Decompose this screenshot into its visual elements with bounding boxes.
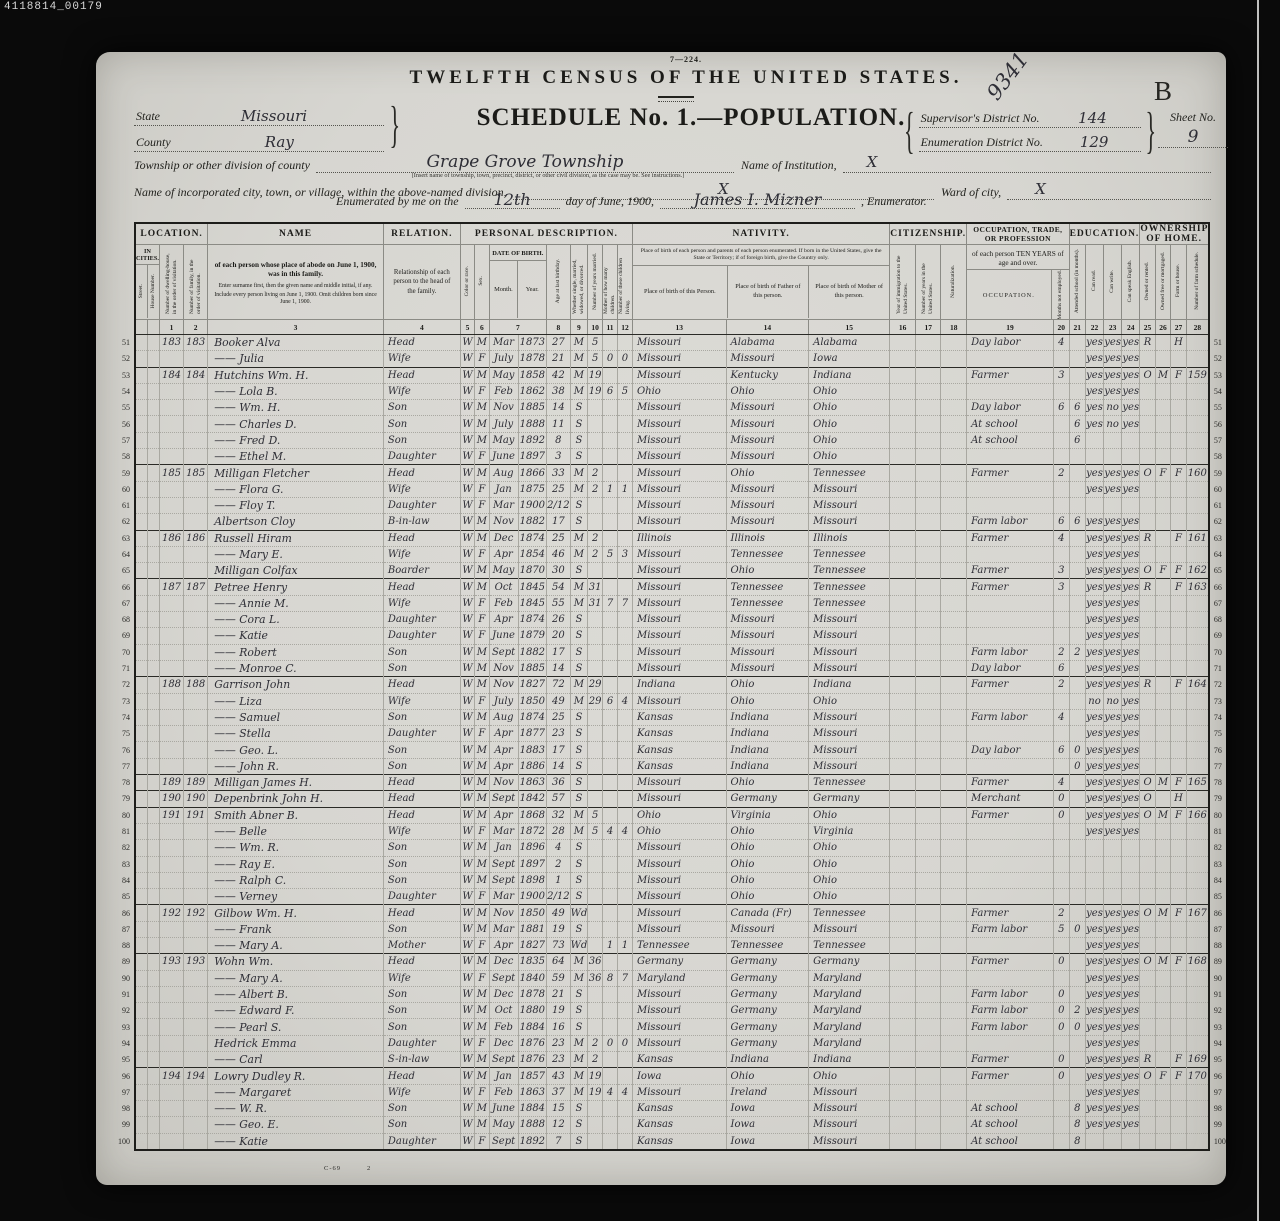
cell-ms: S: [570, 742, 588, 758]
cell-c: W: [460, 823, 474, 839]
cell-sc: [1069, 497, 1085, 513]
cell-wr: [1104, 432, 1122, 448]
cell-pf: Missouri: [726, 644, 809, 660]
cell-oc: [967, 889, 1054, 905]
cell-yi: [890, 677, 916, 693]
cell-mu: 4: [1053, 775, 1069, 791]
cell-fn: [1186, 758, 1209, 774]
cell-rl: Son: [383, 1003, 460, 1019]
cell-rd: yes: [1085, 970, 1103, 986]
cell-mu: 4: [1053, 709, 1069, 725]
cell-st: [135, 823, 147, 839]
cell-mu: 2: [1053, 905, 1069, 921]
cell-yu: [915, 1117, 941, 1133]
cell-sc: [1069, 335, 1085, 351]
table-row: 53184184Hutchins Wm. H.HeadWMMay185842M1…: [118, 367, 1226, 383]
cell-pb: Kansas: [632, 1100, 726, 1116]
cell-dw: [159, 726, 183, 742]
cell-pb: Missouri: [632, 595, 726, 611]
cell-om: [1155, 823, 1170, 839]
cell-ym: 2: [588, 1052, 603, 1068]
cell-mo: Dec: [489, 530, 518, 546]
cell-fh: F: [1171, 905, 1186, 921]
cell-c: W: [460, 758, 474, 774]
institution-label: Name of Institution,: [741, 158, 837, 173]
cell-mu: 6: [1053, 514, 1069, 530]
cell-fm: [184, 1133, 208, 1150]
cell-c: W: [460, 840, 474, 856]
cell-mu: 3: [1053, 563, 1069, 579]
cell-pf: Iowa: [726, 1100, 809, 1116]
cell-fn: [1186, 595, 1209, 611]
cell-oc: Farm labor: [967, 644, 1054, 660]
line-number-left: 89: [118, 954, 135, 970]
cell-mu: [1053, 497, 1069, 513]
cell-pf: Iowa: [726, 1133, 809, 1150]
line-number-right: 52: [1209, 351, 1226, 367]
cell-s: F: [475, 889, 489, 905]
cell-na: [941, 367, 967, 383]
cell-s: F: [475, 1035, 489, 1051]
cell-pf: Ohio: [726, 775, 809, 791]
cell-dw: [159, 628, 183, 644]
cell-nm: —— Katie: [208, 628, 384, 644]
line-number-right: 67: [1209, 595, 1226, 611]
cell-rl: Head: [383, 905, 460, 921]
cell-yr: 1827: [518, 677, 547, 693]
cell-oc: [967, 628, 1054, 644]
line-number-left: 65: [118, 563, 135, 579]
line-number-right: 71: [1209, 660, 1226, 676]
cell-cl: [618, 1068, 633, 1084]
cell-fh: [1171, 449, 1186, 465]
cell-yi: [890, 335, 916, 351]
cell-st: [135, 1019, 147, 1035]
cell-fn: [1186, 889, 1209, 905]
cell-pb: Missouri: [632, 367, 726, 383]
cell-mc: 4: [603, 823, 618, 839]
cell-ym: [588, 1133, 603, 1150]
cell-pf: Missouri: [726, 449, 809, 465]
cell-mo: Nov: [489, 775, 518, 791]
cell-mc: 4: [603, 1084, 618, 1100]
cell-ym: 31: [588, 595, 603, 611]
cell-rd: yes: [1085, 481, 1103, 497]
cell-sc: [1069, 1084, 1085, 1100]
cell-cl: [618, 856, 633, 872]
cell-ym: 29: [588, 693, 603, 709]
line-number-left: 81: [118, 823, 135, 839]
cell-pm: Missouri: [809, 644, 890, 660]
cell-dw: [159, 351, 183, 367]
cell-mu: [1053, 628, 1069, 644]
cell-na: [941, 872, 967, 888]
cell-en: [1122, 840, 1140, 856]
cell-pm: Tennessee: [809, 563, 890, 579]
cell-en: yes: [1122, 563, 1140, 579]
line-number-right: 68: [1209, 612, 1226, 628]
cell-pb: Missouri: [632, 693, 726, 709]
cell-oc: Farmer: [967, 1068, 1054, 1084]
cell-oc: At school: [967, 416, 1054, 432]
cell-en: yes: [1122, 595, 1140, 611]
cell-yi: [890, 628, 916, 644]
cell-rd: yes: [1085, 986, 1103, 1002]
cell-pm: Ohio: [809, 416, 890, 432]
cell-s: M: [475, 579, 489, 595]
cell-pb: Kansas: [632, 726, 726, 742]
cell-c: W: [460, 367, 474, 383]
col-naturalization: Naturalization.: [941, 245, 967, 320]
cell-fm: [184, 449, 208, 465]
cell-pf: Missouri: [726, 628, 809, 644]
cell-st: [135, 889, 147, 905]
col-header-in-cities: IN CITIES. Street. House Number.: [135, 245, 159, 320]
cell-pb: Missouri: [632, 840, 726, 856]
cell-pb: Kansas: [632, 742, 726, 758]
cell-sc: 2: [1069, 644, 1085, 660]
line-number-left: 79: [118, 791, 135, 807]
cell-mu: [1053, 889, 1069, 905]
cell-mo: Nov: [489, 660, 518, 676]
cell-ms: S: [570, 432, 588, 448]
line-number-left: 71: [118, 660, 135, 676]
cell-st: [135, 367, 147, 383]
cell-c: W: [460, 709, 474, 725]
cell-pm: Ohio: [809, 383, 890, 399]
cell-mu: [1053, 351, 1069, 367]
cell-fm: [184, 1084, 208, 1100]
cell-fh: [1171, 726, 1186, 742]
cell-mc: [603, 840, 618, 856]
cell-cl: [618, 432, 633, 448]
cell-ag: 14: [547, 400, 570, 416]
cell-na: [941, 823, 967, 839]
cell-pf: Indiana: [726, 758, 809, 774]
cell-dw: [159, 1035, 183, 1051]
cell-wr: [1104, 872, 1122, 888]
cell-fn: [1186, 1100, 1209, 1116]
cell-sc: [1069, 1035, 1085, 1051]
cell-mo: Nov: [489, 514, 518, 530]
cell-yi: [890, 758, 916, 774]
cell-pm: Maryland: [809, 1003, 890, 1019]
cell-ow: [1140, 514, 1155, 530]
cell-oc: [967, 726, 1054, 742]
cell-pm: Ohio: [809, 1068, 890, 1084]
cell-fh: [1171, 383, 1186, 399]
cell-en: yes: [1122, 514, 1140, 530]
cell-yr: 1845: [518, 579, 547, 595]
cell-fh: [1171, 937, 1186, 953]
cell-mo: Sept: [489, 856, 518, 872]
cell-yu: [915, 563, 941, 579]
cell-wr: yes: [1104, 1035, 1122, 1051]
cell-wr: yes: [1104, 612, 1122, 628]
cell-yr: 1881: [518, 921, 547, 937]
col-mother-of: Mother of how many children.: [603, 245, 618, 320]
cell-na: [941, 791, 967, 807]
cell-fn: [1186, 791, 1209, 807]
col-house-number: House Number.: [148, 274, 159, 309]
cell-sc: 0: [1069, 1019, 1085, 1035]
cell-ho: [147, 840, 159, 856]
table-row: 54—— Lola B.WifeWFFeb186238M1965OhioOhio…: [118, 383, 1226, 399]
cell-st: [135, 383, 147, 399]
cell-en: yes: [1122, 335, 1140, 351]
cell-na: [941, 693, 967, 709]
table-row: 94Hedrick EmmaDaughterWFDec187623M200Mis…: [118, 1035, 1226, 1051]
line-number-left: 60: [118, 481, 135, 497]
cell-pm: Maryland: [809, 1035, 890, 1051]
cell-yu: [915, 400, 941, 416]
cell-na: [941, 921, 967, 937]
cell-na: [941, 775, 967, 791]
cell-yr: 1878: [518, 986, 547, 1002]
line-number-left: 93: [118, 1019, 135, 1035]
cell-mu: 0: [1053, 791, 1069, 807]
cell-ow: [1140, 709, 1155, 725]
cell-mu: [1053, 1117, 1069, 1133]
cell-mc: [603, 530, 618, 546]
table-row: 90—— Mary A.WifeWFSept184059M3687Marylan…: [118, 970, 1226, 986]
cell-ym: [588, 872, 603, 888]
cell-cl: [618, 905, 633, 921]
enumerator-name: James I. Mizner: [660, 192, 855, 209]
cell-rl: Son: [383, 986, 460, 1002]
cell-ho: [147, 791, 159, 807]
cell-fh: [1171, 612, 1186, 628]
cell-nm: —— Belle: [208, 823, 384, 839]
cell-yi: [890, 432, 916, 448]
cell-wr: yes: [1104, 579, 1122, 595]
cell-fh: [1171, 1117, 1186, 1133]
cell-pb: Missouri: [632, 644, 726, 660]
cell-rl: Head: [383, 367, 460, 383]
cell-fh: H: [1171, 791, 1186, 807]
cell-ym: 5: [588, 351, 603, 367]
cell-sc: [1069, 628, 1085, 644]
cell-ag: 4: [547, 840, 570, 856]
cell-om: M: [1155, 775, 1170, 791]
cell-sc: [1069, 579, 1085, 595]
col-name-desc: of each person whose place of abode on J…: [208, 245, 384, 320]
cell-rd: yes: [1085, 954, 1103, 970]
cell-yi: [890, 954, 916, 970]
line-number-left: 69: [118, 628, 135, 644]
cell-c: W: [460, 383, 474, 399]
cell-wr: yes: [1104, 970, 1122, 986]
cell-ym: [588, 709, 603, 725]
cell-fm: [184, 823, 208, 839]
cell-mo: Feb: [489, 1084, 518, 1100]
cell-rl: Wife: [383, 351, 460, 367]
cell-yr: 1882: [518, 514, 547, 530]
cell-rd: [1085, 856, 1103, 872]
cell-fn: [1186, 335, 1209, 351]
scan-edge-streak: [1257, 0, 1259, 1221]
cell-yi: [890, 351, 916, 367]
cell-ms: S: [570, 726, 588, 742]
cell-s: M: [475, 465, 489, 481]
cell-pb: Maryland: [632, 970, 726, 986]
cell-rd: yes: [1085, 1052, 1103, 1068]
cell-ho: [147, 954, 159, 970]
line-number-right: 74: [1209, 709, 1226, 725]
cell-st: [135, 465, 147, 481]
cell-rd: yes: [1085, 351, 1103, 367]
line-number-right: 84: [1209, 872, 1226, 888]
cell-ho: [147, 823, 159, 839]
cell-ag: 26: [547, 612, 570, 628]
cell-ho: [147, 563, 159, 579]
cell-fm: [184, 1117, 208, 1133]
cell-s: M: [475, 530, 489, 546]
cell-na: [941, 644, 967, 660]
cell-ho: [147, 1068, 159, 1084]
cell-nm: —— Liza: [208, 693, 384, 709]
cell-fh: [1171, 546, 1186, 562]
cell-pm: Maryland: [809, 986, 890, 1002]
cell-ym: [588, 921, 603, 937]
cell-mu: [1053, 416, 1069, 432]
cell-ym: 19: [588, 1068, 603, 1084]
cell-na: [941, 726, 967, 742]
cell-sc: [1069, 954, 1085, 970]
cell-oc: [967, 351, 1054, 367]
table-row: 73—— LizaWifeWFJuly185049M2964MissouriOh…: [118, 693, 1226, 709]
cell-rd: yes: [1085, 823, 1103, 839]
cell-fn: 162: [1186, 563, 1209, 579]
cell-pf: Germany: [726, 986, 809, 1002]
line-number-left: 94: [118, 1035, 135, 1051]
cell-sc: 0: [1069, 742, 1085, 758]
sheet-label: Sheet No.: [1158, 110, 1228, 125]
cell-mc: [603, 986, 618, 1002]
cell-ow: O: [1140, 367, 1155, 383]
cell-fh: [1171, 432, 1186, 448]
cell-wr: no: [1104, 693, 1122, 709]
cell-en: yes: [1122, 791, 1140, 807]
cell-yi: [890, 742, 916, 758]
cell-sc: [1069, 481, 1085, 497]
cell-fn: [1186, 628, 1209, 644]
cell-na: [941, 497, 967, 513]
line-number-left: 62: [118, 514, 135, 530]
cell-c: W: [460, 1133, 474, 1150]
cell-ow: [1140, 449, 1155, 465]
cell-rl: Son: [383, 840, 460, 856]
cell-ow: R: [1140, 677, 1155, 693]
cell-yr: 1882: [518, 644, 547, 660]
cell-wr: yes: [1104, 921, 1122, 937]
line-number-left: 76: [118, 742, 135, 758]
cell-ho: [147, 612, 159, 628]
cell-fh: [1171, 970, 1186, 986]
cell-rd: yes: [1085, 758, 1103, 774]
cell-fh: [1171, 1035, 1186, 1051]
cell-fm: 188: [184, 677, 208, 693]
cell-nm: Hedrick Emma: [208, 1035, 384, 1051]
cell-s: F: [475, 628, 489, 644]
cell-om: [1155, 726, 1170, 742]
col-age: Age at last birthday.: [547, 245, 570, 320]
cell-ag: 54: [547, 579, 570, 595]
form-number: 7—224.: [636, 55, 736, 64]
cell-ym: [588, 889, 603, 905]
cell-na: [941, 986, 967, 1002]
table-row: 83—— Ray E.SonWMSept18972SMissouriOhioOh…: [118, 856, 1226, 872]
cell-fn: [1186, 514, 1209, 530]
cell-yu: [915, 905, 941, 921]
cell-pm: Missouri: [809, 1117, 890, 1133]
cell-pm: Tennessee: [809, 465, 890, 481]
line-number-right: 98: [1209, 1100, 1226, 1116]
cell-rd: [1085, 840, 1103, 856]
cell-fn: [1186, 823, 1209, 839]
cell-ms: S: [570, 1019, 588, 1035]
cell-pf: Missouri: [726, 612, 809, 628]
cell-fm: [184, 970, 208, 986]
cell-mo: Nov: [489, 905, 518, 921]
cell-yi: [890, 612, 916, 628]
cell-fm: [184, 416, 208, 432]
cell-rl: Wife: [383, 823, 460, 839]
cell-s: M: [475, 644, 489, 660]
cell-yi: [890, 807, 916, 823]
cell-mo: June: [489, 449, 518, 465]
cell-ym: [588, 514, 603, 530]
cell-pm: Tennessee: [809, 775, 890, 791]
cell-sc: [1069, 546, 1085, 562]
cell-en: yes: [1122, 481, 1140, 497]
cell-c: W: [460, 677, 474, 693]
cell-rd: yes: [1085, 1068, 1103, 1084]
cell-fh: [1171, 481, 1186, 497]
cell-ag: 49: [547, 693, 570, 709]
cell-ow: O: [1140, 775, 1155, 791]
line-number-right: 86: [1209, 905, 1226, 921]
cell-cl: [618, 775, 633, 791]
cell-rd: yes: [1085, 416, 1103, 432]
cell-rl: Son: [383, 872, 460, 888]
cell-yu: [915, 823, 941, 839]
cell-mc: 0: [603, 351, 618, 367]
cell-ow: R: [1140, 335, 1155, 351]
cell-pm: Missouri: [809, 514, 890, 530]
cell-fn: [1186, 546, 1209, 562]
line-number-left: 91: [118, 986, 135, 1002]
cell-cl: [618, 465, 633, 481]
cell-ho: [147, 693, 159, 709]
cell-rd: yes: [1085, 660, 1103, 676]
cell-ym: 2: [588, 481, 603, 497]
cell-fn: 161: [1186, 530, 1209, 546]
cell-pb: Missouri: [632, 856, 726, 872]
table-row: 81—— BelleWifeWFMar187228M544OhioOhioVir…: [118, 823, 1226, 839]
cell-yi: [890, 530, 916, 546]
township-note: [Insert name of township, town, precinct…: [348, 172, 748, 179]
cell-pf: Missouri: [726, 432, 809, 448]
cell-ow: [1140, 644, 1155, 660]
cell-s: F: [475, 595, 489, 611]
cell-na: [941, 1133, 967, 1150]
cell-nm: Russell Hiram: [208, 530, 384, 546]
cell-mu: [1053, 383, 1069, 399]
cell-dw: [159, 986, 183, 1002]
cell-ms: S: [570, 1117, 588, 1133]
cell-pm: Ohio: [809, 432, 890, 448]
